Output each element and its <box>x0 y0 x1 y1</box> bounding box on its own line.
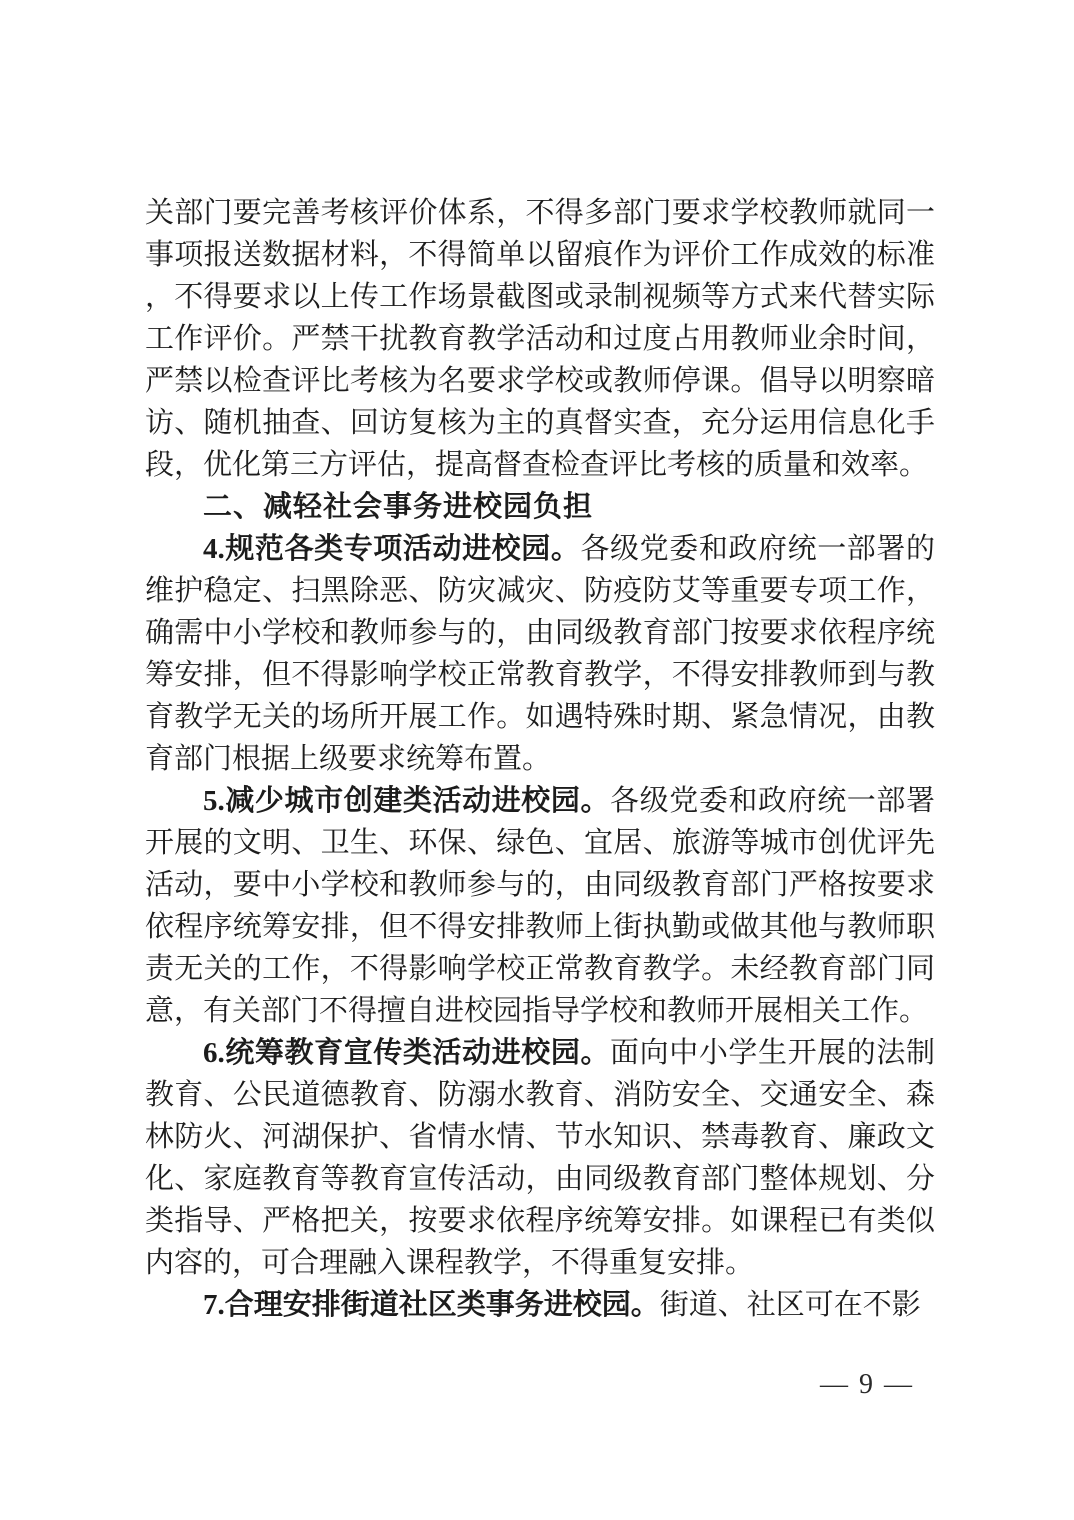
item-4-body: 各级党委和政府统一部署的维护稳定、扫黑除恶、防灾减灾、防疫防艾等重要专项工作，确… <box>145 533 935 775</box>
item-7-body: 街道、社区可在不影 <box>660 1289 921 1321</box>
document-text-block: 关部门要完善考核评价体系，不得多部门要求学校教师就同一事项报送数据材料，不得简单… <box>145 192 935 1326</box>
item-5-lead: 5.减少城市创建类活动进校园。 <box>203 785 610 817</box>
page-number: — 9 — <box>812 1368 922 1402</box>
item-paragraph-7: 7.合理安排街道社区类事务进校园。街道、社区可在不影 <box>145 1284 935 1326</box>
item-6-lead: 6.统筹教育宣传类活动进校园。 <box>203 1037 610 1069</box>
continuation-paragraph: 关部门要完善考核评价体系，不得多部门要求学校教师就同一事项报送数据材料，不得简单… <box>145 192 935 486</box>
item-paragraph-6: 6.统筹教育宣传类活动进校园。面向中小学生开展的法制教育、公民道德教育、防溺水教… <box>145 1032 935 1284</box>
item-paragraph-4: 4.规范各类专项活动进校园。各级党委和政府统一部署的维护稳定、扫黑除恶、防灾减灾… <box>145 528 935 780</box>
item-paragraph-5: 5.减少城市创建类活动进校园。各级党委和政府统一部署开展的文明、卫生、环保、绿色… <box>145 780 935 1032</box>
item-4-lead: 4.规范各类专项活动进校园。 <box>203 533 580 565</box>
item-5-body: 各级党委和政府统一部署开展的文明、卫生、环保、绿色、宜居、旅游等城市创优评先活动… <box>145 785 935 1027</box>
item-7-lead: 7.合理安排街道社区类事务进校园。 <box>203 1289 660 1321</box>
item-6-body: 面向中小学生开展的法制教育、公民道德教育、防溺水教育、消防安全、交通安全、森林防… <box>145 1037 935 1279</box>
document-page: 关部门要完善考核评价体系，不得多部门要求学校教师就同一事项报送数据材料，不得简单… <box>0 0 1074 1520</box>
section-heading: 二、减轻社会事务进校园负担 <box>145 486 935 528</box>
